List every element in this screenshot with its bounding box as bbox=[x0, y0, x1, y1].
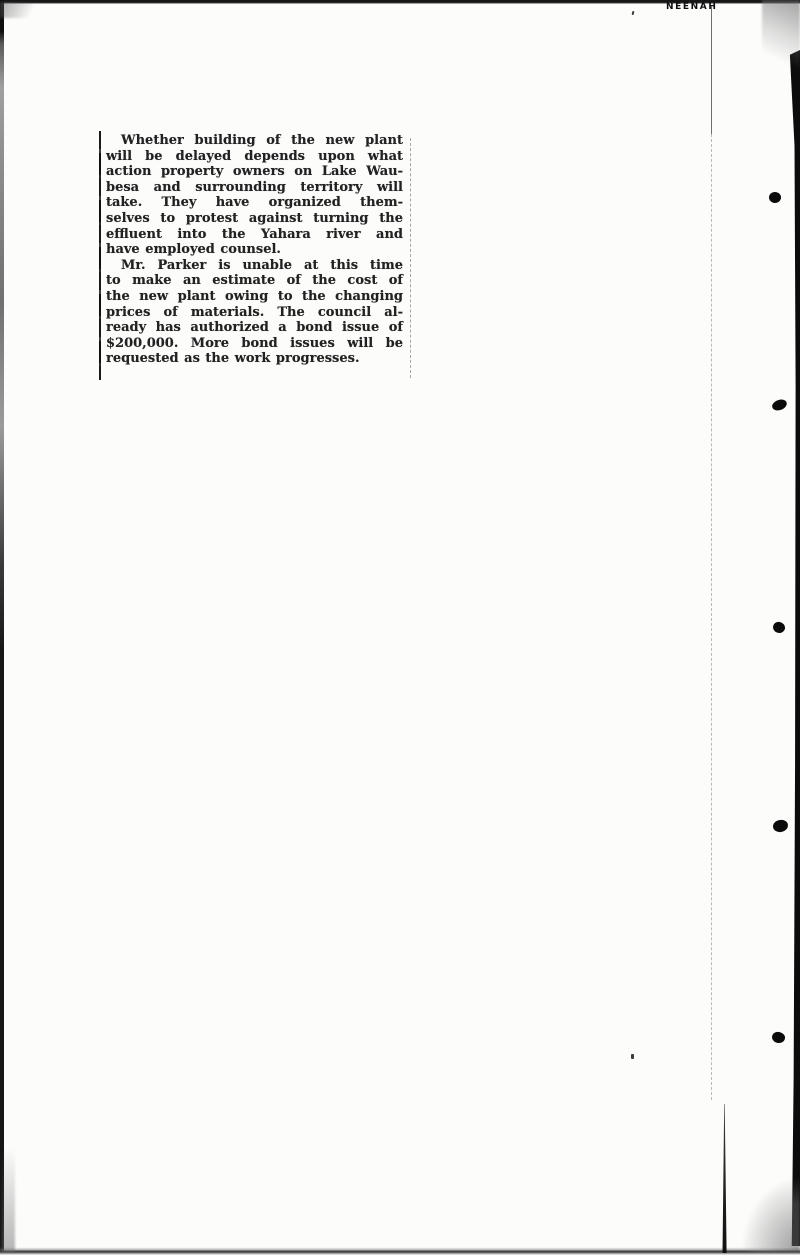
article-text: Whether building of the new plantwill be… bbox=[106, 133, 403, 367]
scan-smudge-bottom-left bbox=[2, 1148, 15, 1252]
clipping-torn-edge-right bbox=[410, 138, 411, 378]
article-line: selves to protest against turning the bbox=[106, 211, 403, 227]
article-line: prices of materials. The council al- bbox=[106, 305, 403, 321]
ink-speck bbox=[631, 1054, 634, 1059]
article-line: Mr. Parker is unable at this time bbox=[106, 258, 403, 274]
ink-spot bbox=[771, 620, 787, 636]
ink-spot bbox=[768, 191, 782, 204]
article-line: take. They have organized them- bbox=[106, 195, 403, 211]
scan-smudge-top-left bbox=[0, 2, 42, 18]
newspaper-clipping: Whether building of the new plantwill be… bbox=[96, 128, 414, 382]
article-line: requested as the work progresses. bbox=[106, 351, 403, 367]
article-line: besa and surrounding territory will bbox=[106, 180, 403, 196]
clipping-torn-edge-left bbox=[99, 131, 101, 380]
article-line: to make an estimate of the cost of bbox=[106, 273, 403, 289]
paper-fold-crease bbox=[722, 1104, 727, 1253]
article-line: $200,000. More bond issues will be bbox=[106, 336, 403, 352]
ink-speck bbox=[2, 575, 4, 578]
article-line: effluent into the Yahara river and bbox=[106, 227, 403, 243]
article-line: will be delayed depends upon what bbox=[106, 149, 403, 165]
sheet-edge-line-top bbox=[711, 6, 712, 134]
ink-speck bbox=[632, 11, 635, 15]
sheet-edge-line bbox=[711, 134, 712, 1100]
scan-smudge-top-right bbox=[762, 0, 800, 96]
article-line: Whether building of the new plant bbox=[106, 133, 403, 149]
article-line: ready has authorized a bond issue of bbox=[106, 320, 403, 336]
scan-edge-bottom bbox=[0, 1244, 800, 1255]
article-line: the new plant owing to the changing bbox=[106, 289, 403, 305]
ink-spot bbox=[772, 819, 789, 833]
scan-edge-right bbox=[789, 50, 800, 1246]
scan-smudge-bottom-right bbox=[742, 1178, 800, 1252]
article-line: have employed counsel. bbox=[106, 242, 403, 258]
scan-edge-left bbox=[0, 0, 4, 1255]
ink-spot bbox=[771, 398, 788, 412]
page-header-label: NEENAH bbox=[666, 2, 717, 12]
ink-spot bbox=[771, 1031, 786, 1045]
scanned-archive-page: NEENAH Whether building of the new plant… bbox=[0, 0, 800, 1255]
article-line: action property owners on Lake Wau- bbox=[106, 164, 403, 180]
